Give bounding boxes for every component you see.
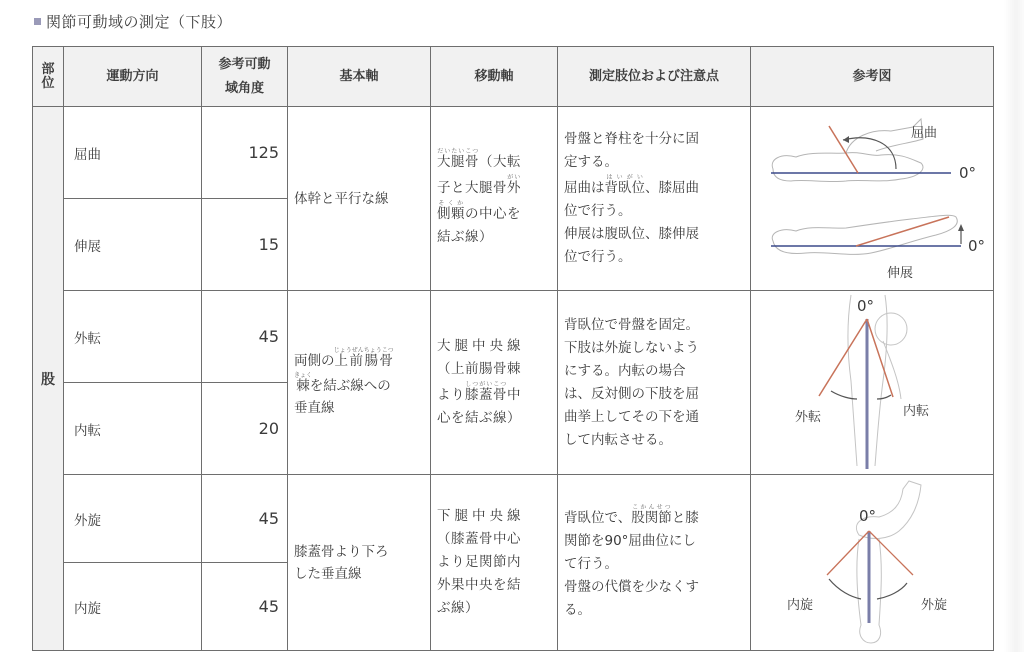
range-of-motion-table: 部位 運動方向 参考可動 域角度 基本軸 移動軸 測定肢位および注意点 参考図 … bbox=[32, 46, 994, 651]
section-title: 関節可動域の測定（下肢） bbox=[34, 9, 232, 33]
svg-text:0°: 0° bbox=[857, 297, 874, 315]
header-angle-line1: 参考可動 bbox=[202, 53, 287, 77]
direction-cell: 伸展 bbox=[64, 199, 202, 291]
moving-axis-cell: 大腿中央線 （上前腸骨棘 より膝蓋骨しつがいこつ中 心を結ぶ線） bbox=[431, 291, 558, 475]
svg-text:伸展: 伸展 bbox=[887, 265, 913, 281]
header-row: 部位 運動方向 参考可動 域角度 基本軸 移動軸 測定肢位および注意点 参考図 bbox=[33, 47, 994, 107]
angle-cell: 45 bbox=[202, 291, 288, 383]
table-row-flexion: 股 屈曲 125 体幹と平行な線 大腿骨だいたいこつ（大転 子と大腿骨外がい 側… bbox=[33, 107, 994, 199]
angle-cell: 15 bbox=[202, 199, 288, 291]
direction-cell: 外旋 bbox=[64, 475, 202, 563]
header-angle-line2: 域角度 bbox=[202, 77, 287, 101]
svg-text:内転: 内転 bbox=[903, 403, 929, 419]
direction-cell: 内旋 bbox=[64, 563, 202, 651]
header-moving-axis: 移動軸 bbox=[431, 47, 558, 107]
base-axis-cell: 両側の上前腸骨じょうぜんちょうこつ 棘きょくを結ぶ線への 垂直線 bbox=[288, 291, 431, 475]
direction-cell: 屈曲 bbox=[64, 107, 202, 199]
figure-hip-abduction-adduction: 0° 外転 内転 bbox=[751, 291, 994, 475]
table-row-external-rotation: 外旋 45 膝蓋骨より下ろ した垂直線 下腿中央線 （膝蓋骨中心 より足関節内 … bbox=[33, 475, 994, 563]
angle-cell: 20 bbox=[202, 383, 288, 475]
header-figure: 参考図 bbox=[751, 47, 994, 107]
hip-abduction-adduction-diagram: 0° 外転 内転 bbox=[751, 291, 993, 474]
header-position-notes: 測定肢位および注意点 bbox=[558, 47, 751, 107]
svg-text:外旋: 外旋 bbox=[921, 598, 947, 613]
section-title-text: 関節可動域の測定（下肢） bbox=[46, 11, 232, 32]
figure-hip-flexion-extension: 屈曲 0° 0° 伸展 bbox=[751, 107, 994, 291]
svg-text:内旋: 内旋 bbox=[787, 597, 813, 613]
header-base-axis: 基本軸 bbox=[288, 47, 431, 107]
direction-cell: 内転 bbox=[64, 383, 202, 475]
part-hip: 股 bbox=[33, 107, 64, 651]
base-axis-cell: 膝蓋骨より下ろ した垂直線 bbox=[288, 475, 431, 651]
angle-cell: 125 bbox=[202, 107, 288, 199]
svg-text:0°: 0° bbox=[959, 164, 976, 182]
svg-text:外転: 外転 bbox=[795, 409, 821, 425]
angle-cell: 45 bbox=[202, 475, 288, 563]
hip-flexion-extension-diagram: 屈曲 0° 0° 伸展 bbox=[751, 107, 993, 290]
position-notes-cell: 背臥位で、股関節こかんせつと膝 関節を90°屈曲位にし て行う。 骨盤の代償を少… bbox=[558, 475, 751, 651]
base-axis-cell: 体幹と平行な線 bbox=[288, 107, 431, 291]
header-angle: 参考可動 域角度 bbox=[202, 47, 288, 107]
svg-text:0°: 0° bbox=[968, 237, 985, 255]
moving-axis-cell: 下腿中央線 （膝蓋骨中心 より足関節内 外果中央を結 ぶ線） bbox=[431, 475, 558, 651]
svg-text:屈曲: 屈曲 bbox=[911, 126, 937, 141]
hip-rotation-diagram: 0° 内旋 外旋 bbox=[751, 475, 993, 650]
page-edge-shadow bbox=[1004, 0, 1024, 652]
header-direction: 運動方向 bbox=[64, 47, 202, 107]
header-part: 部位 bbox=[33, 47, 64, 107]
svg-text:0°: 0° bbox=[859, 507, 876, 525]
position-notes-cell: 背臥位で骨盤を固定。 下肢は外旋しないよう にする。内転の場合 は、反対側の下肢… bbox=[558, 291, 751, 475]
angle-cell: 45 bbox=[202, 563, 288, 651]
square-bullet-icon bbox=[34, 18, 41, 25]
table-row-abduction: 外転 45 両側の上前腸骨じょうぜんちょうこつ 棘きょくを結ぶ線への 垂直線 大… bbox=[33, 291, 994, 383]
direction-cell: 外転 bbox=[64, 291, 202, 383]
moving-axis-cell: 大腿骨だいたいこつ（大転 子と大腿骨外がい 側顆そくかの中心を 結ぶ線） bbox=[431, 107, 558, 291]
figure-hip-rotation: 0° 内旋 外旋 bbox=[751, 475, 994, 651]
position-notes-cell: 骨盤と脊柱を十分に固 定する。 屈曲は背臥位はいがい、膝屈曲 位で行う。 伸展は… bbox=[558, 107, 751, 291]
